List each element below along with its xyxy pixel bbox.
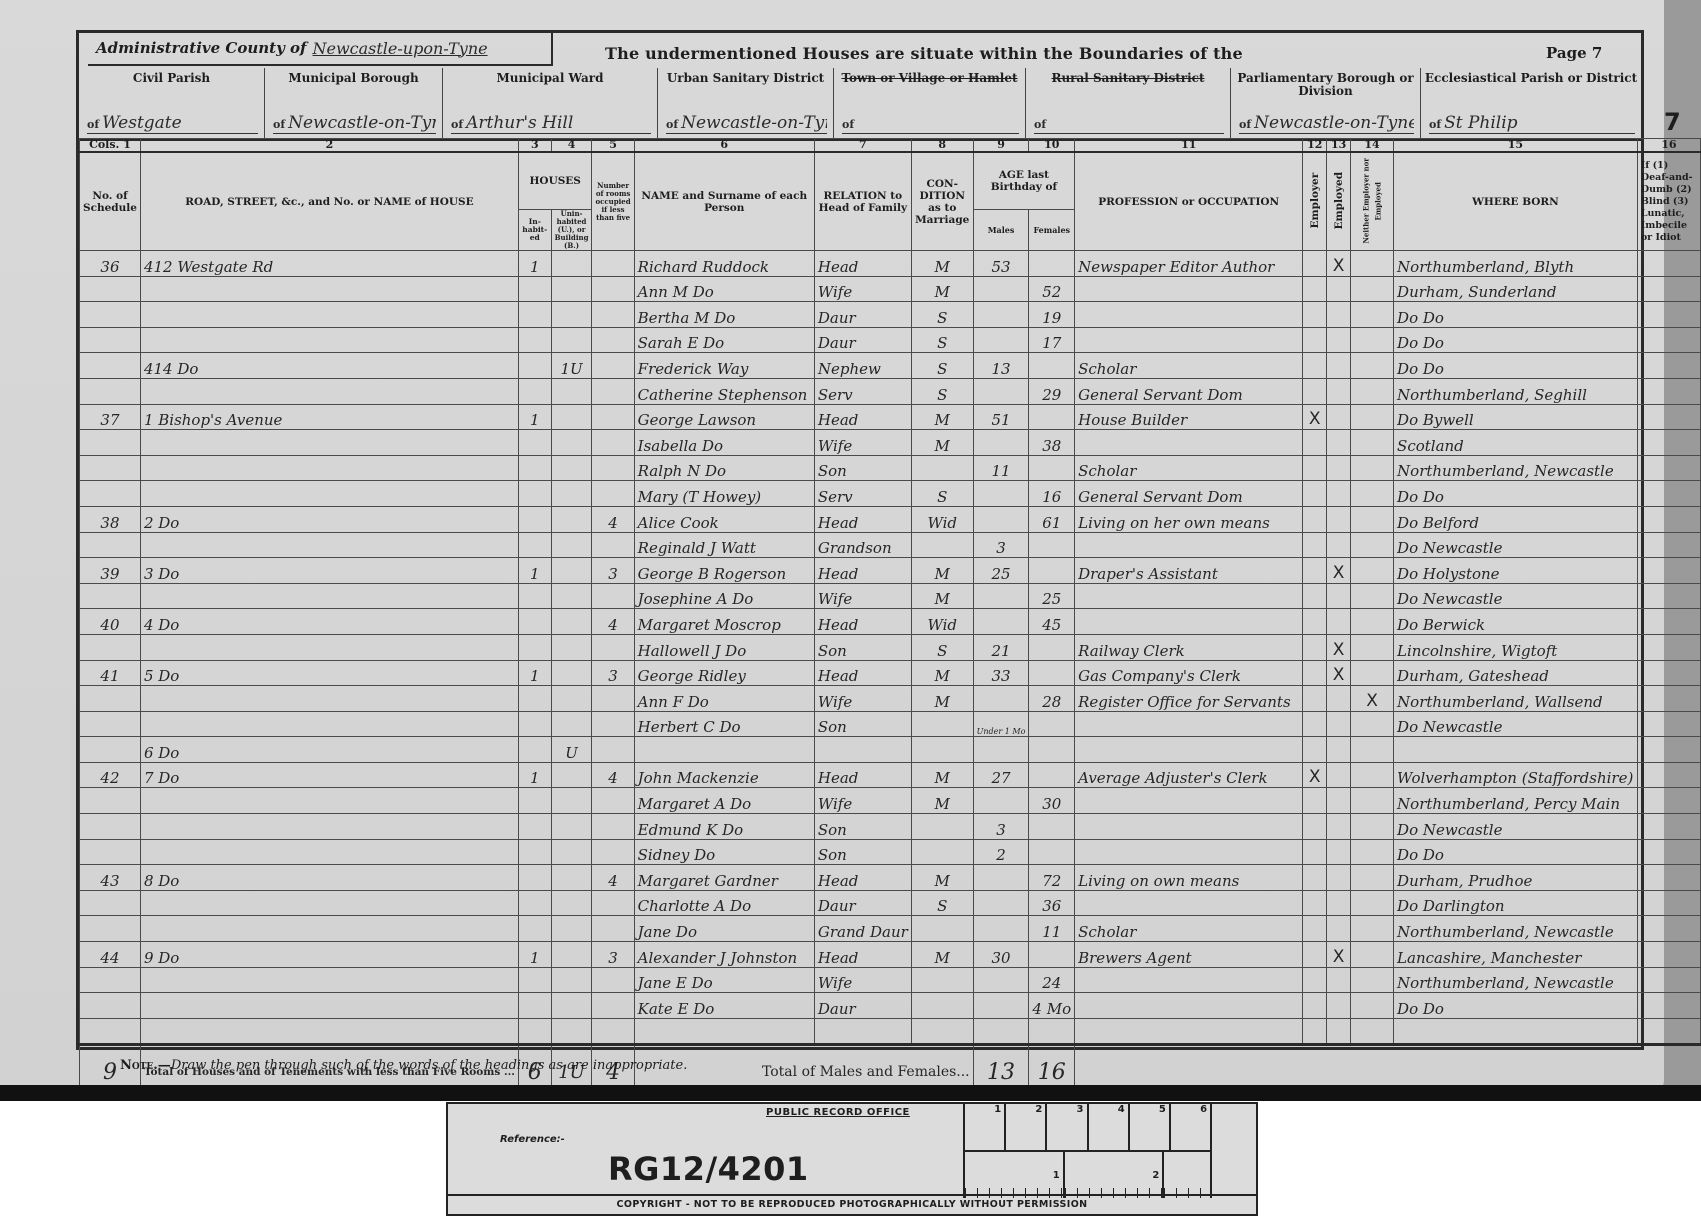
person-name: John Mackenzie <box>634 762 814 788</box>
uninhabited <box>551 634 592 660</box>
header-uninhabited: Unin-habited (U.), or Building (B.) <box>551 210 592 251</box>
employed-mark <box>1327 711 1351 737</box>
occupation <box>1075 276 1303 302</box>
schedule-number <box>80 686 141 712</box>
occupation <box>1075 737 1303 763</box>
district-value: Newcastle-on-Tyne <box>288 113 436 133</box>
col-number: 7 <box>814 139 911 153</box>
person-name: Ralph N Do <box>634 455 814 481</box>
relation: Son <box>814 839 911 865</box>
person-name: Frederick Way <box>634 353 814 379</box>
address <box>140 583 518 609</box>
rooms: 3 <box>592 942 634 968</box>
condition: S <box>911 481 973 507</box>
occupation <box>1075 967 1303 993</box>
copyright-notice: COPYRIGHT - NOT TO BE REPRODUCED PHOTOGR… <box>448 1194 1256 1214</box>
uninhabited <box>551 455 592 481</box>
age-male: 51 <box>973 404 1029 430</box>
person-name: Isabella Do <box>634 430 814 456</box>
col-number: 3 <box>518 139 551 153</box>
condition: M <box>911 251 973 277</box>
where-born: Do Do <box>1394 353 1638 379</box>
occupation <box>1075 327 1303 353</box>
age-male <box>973 327 1029 353</box>
district-label: Town or Village or Hamlet <box>834 72 1025 85</box>
age-female: 4 Mo <box>1029 993 1075 1019</box>
age-male: 27 <box>973 762 1029 788</box>
page-number: Page 7 <box>1546 44 1602 62</box>
address <box>140 634 518 660</box>
neither-mark <box>1351 737 1394 763</box>
relation: Head <box>814 251 911 277</box>
person-name: Kate E Do <box>634 993 814 1019</box>
uninhabited <box>551 1018 592 1045</box>
rooms: 3 <box>592 558 634 584</box>
age-male: 21 <box>973 634 1029 660</box>
schedule-number: 40 <box>80 609 141 635</box>
address: 412 Westgate Rd <box>140 251 518 277</box>
note-lead: Note.— <box>120 1058 171 1073</box>
address <box>140 967 518 993</box>
header-condition: CON-DITION as to Marriage <box>911 152 973 251</box>
employed-mark <box>1327 993 1351 1019</box>
infirmity <box>1637 634 1700 660</box>
employer-mark <box>1303 558 1327 584</box>
table-row: Bertha M DoDaurS19Do Do <box>80 302 1701 328</box>
neither-mark <box>1351 558 1394 584</box>
address <box>140 481 518 507</box>
table-row: 427 Do14John MackenzieHeadM27Average Adj… <box>80 762 1701 788</box>
address: 4 Do <box>140 609 518 635</box>
rooms: 4 <box>592 865 634 891</box>
neither-mark <box>1351 430 1394 456</box>
inhabited <box>518 1018 551 1045</box>
employer-mark <box>1303 839 1327 865</box>
record-office-title: PUBLIC RECORD OFFICE <box>766 1107 910 1118</box>
employer-mark <box>1303 327 1327 353</box>
where-born: Northumberland, Wallsend <box>1394 686 1638 712</box>
inhabited <box>518 609 551 635</box>
neither-mark <box>1351 1018 1394 1045</box>
infirmity <box>1637 430 1700 456</box>
margin-folio-number: 7 <box>1664 108 1681 136</box>
rooms <box>592 711 634 737</box>
employer-mark <box>1303 788 1327 814</box>
address: 3 Do <box>140 558 518 584</box>
employed-mark <box>1327 814 1351 840</box>
inhabited <box>518 711 551 737</box>
uninhabited <box>551 506 592 532</box>
age-female <box>1029 558 1075 584</box>
where-born <box>1394 737 1638 763</box>
neither-mark <box>1351 481 1394 507</box>
address: 8 Do <box>140 865 518 891</box>
address: 414 Do <box>140 353 518 379</box>
condition: Wid <box>911 506 973 532</box>
uninhabited <box>551 558 592 584</box>
neither-mark <box>1351 762 1394 788</box>
reference-label: PUBLIC RECORD OFFICE Reference:- RG12/42… <box>446 1102 1258 1216</box>
rooms <box>592 251 634 277</box>
rooms <box>592 634 634 660</box>
employed-mark <box>1327 378 1351 404</box>
where-born: Northumberland, Seghill <box>1394 378 1638 404</box>
employer-mark <box>1303 481 1327 507</box>
schedule-number: 44 <box>80 942 141 968</box>
condition: M <box>911 865 973 891</box>
district-label: Urban Sanitary District <box>658 72 833 85</box>
district-town-village: Town or Village or Hamlet of <box>834 68 1026 138</box>
condition <box>911 839 973 865</box>
employed-mark <box>1327 609 1351 635</box>
age-male: 3 <box>973 532 1029 558</box>
age-male <box>973 609 1029 635</box>
table-row: Ann F DoWifeM28Register Office for Serva… <box>80 686 1701 712</box>
person-name: Hallowell J Do <box>634 634 814 660</box>
col-number: 6 <box>634 139 814 153</box>
relation: Nephew <box>814 353 911 379</box>
neither-mark <box>1351 814 1394 840</box>
inhabited: 1 <box>518 404 551 430</box>
employed-mark: X <box>1327 942 1351 968</box>
relation: Daur <box>814 890 911 916</box>
age-female <box>1029 814 1075 840</box>
occupation: Draper's Assistant <box>1075 558 1303 584</box>
relation: Son <box>814 455 911 481</box>
schedule-number <box>80 634 141 660</box>
neither-mark <box>1351 583 1394 609</box>
col-number: 10 <box>1029 139 1075 153</box>
neither-mark <box>1351 327 1394 353</box>
col-number: 5 <box>592 139 634 153</box>
age-female: 72 <box>1029 865 1075 891</box>
uninhabited <box>551 762 592 788</box>
inhabited <box>518 916 551 942</box>
header-relation: RELATION to Head of Family <box>814 152 911 251</box>
neither-mark <box>1351 711 1394 737</box>
where-born: Northumberland, Newcastle <box>1394 967 1638 993</box>
scale-ruler: 1 2 3 4 5 6 1 2 <box>963 1104 1212 1198</box>
col-number: Cols. 1 <box>80 139 141 153</box>
employed-mark: X <box>1327 634 1351 660</box>
ruler-cm: 1 2 3 4 5 6 <box>965 1104 1212 1152</box>
age-male <box>973 737 1029 763</box>
neither-mark <box>1351 276 1394 302</box>
schedule-number <box>80 455 141 481</box>
table-row: Ann M DoWifeM52Durham, Sunderland <box>80 276 1701 302</box>
inhabited <box>518 430 551 456</box>
employed-mark <box>1327 327 1351 353</box>
employed-mark <box>1327 967 1351 993</box>
employed-mark <box>1327 583 1351 609</box>
uninhabited <box>551 865 592 891</box>
uninhabited <box>551 609 592 635</box>
table-row: 404 Do4Margaret MoscropHeadWid45Do Berwi… <box>80 609 1701 635</box>
inhabited <box>518 302 551 328</box>
rooms <box>592 814 634 840</box>
employer-mark <box>1303 455 1327 481</box>
schedule-number: 43 <box>80 865 141 891</box>
uninhabited <box>551 430 592 456</box>
address <box>140 839 518 865</box>
person-name: Jane Do <box>634 916 814 942</box>
person-name: George Lawson <box>634 404 814 430</box>
employed-mark <box>1327 762 1351 788</box>
where-born: Lancashire, Manchester <box>1394 942 1638 968</box>
uninhabited <box>551 916 592 942</box>
address: 6 Do <box>140 737 518 763</box>
occupation: Scholar <box>1075 916 1303 942</box>
table-row: Josephine A DoWifeM25Do Newcastle <box>80 583 1701 609</box>
table-row: Mary (T Howey)ServS16General Servant Dom… <box>80 481 1701 507</box>
district-municipal-ward: Municipal Ward ofArthur's Hill <box>443 68 658 138</box>
neither-mark <box>1351 353 1394 379</box>
col-number: 13 <box>1327 139 1351 153</box>
uninhabited <box>551 686 592 712</box>
condition: S <box>911 890 973 916</box>
inhabited <box>518 814 551 840</box>
age-male: 13 <box>973 353 1029 379</box>
person-name: Alice Cook <box>634 506 814 532</box>
rooms <box>592 455 634 481</box>
inhabited: 1 <box>518 942 551 968</box>
age-female: 52 <box>1029 276 1075 302</box>
relation: Serv <box>814 378 911 404</box>
rooms <box>592 967 634 993</box>
schedule-number <box>80 532 141 558</box>
table-row: Herbert C DoSonUnder 1 MoDo Newcastle <box>80 711 1701 737</box>
age-female: 30 <box>1029 788 1075 814</box>
occupation <box>1075 609 1303 635</box>
infirmity <box>1637 916 1700 942</box>
header-infirmity: If (1) Deaf-and-Dumb (2) Blind (3) Lunat… <box>1637 152 1700 251</box>
employed-mark <box>1327 506 1351 532</box>
header-inhabited: In-habit-ed <box>518 210 551 251</box>
infirmity <box>1637 251 1700 277</box>
where-born: Do Do <box>1394 993 1638 1019</box>
occupation <box>1075 814 1303 840</box>
where-born: Do Newcastle <box>1394 532 1638 558</box>
uninhabited <box>551 660 592 686</box>
district-civil-parish: Civil Parish ofWestgate <box>79 68 265 138</box>
address <box>140 814 518 840</box>
uninhabited <box>551 583 592 609</box>
infirmity <box>1637 302 1700 328</box>
occupation: General Servant Dom <box>1075 378 1303 404</box>
person-name: Sidney Do <box>634 839 814 865</box>
table-row: Charlotte A DoDaurS36Do Darlington <box>80 890 1701 916</box>
relation <box>814 737 911 763</box>
person-name: Reginald J Watt <box>634 532 814 558</box>
schedule-number <box>80 916 141 942</box>
administrative-county: Administrative County of Newcastle-upon-… <box>88 32 553 66</box>
note: Note.—Draw the pen through such of the w… <box>120 1058 687 1073</box>
inhabited <box>518 634 551 660</box>
header-neither: Neither Employer nor Employed <box>1351 152 1394 251</box>
age-female <box>1029 634 1075 660</box>
rooms <box>592 1018 634 1045</box>
condition: M <box>911 762 973 788</box>
inhabited <box>518 737 551 763</box>
uninhabited <box>551 276 592 302</box>
person-name: George B Rogerson <box>634 558 814 584</box>
age-male <box>973 890 1029 916</box>
employed-mark <box>1327 865 1351 891</box>
age-male <box>973 993 1029 1019</box>
uninhabited <box>551 993 592 1019</box>
schedule-number <box>80 327 141 353</box>
uninhabited <box>551 532 592 558</box>
where-born: Durham, Gateshead <box>1394 660 1638 686</box>
relation: Grand Daur <box>814 916 911 942</box>
employer-mark <box>1303 686 1327 712</box>
uninhabited <box>551 251 592 277</box>
infirmity <box>1637 327 1700 353</box>
relation: Serv <box>814 481 911 507</box>
employer-mark <box>1303 916 1327 942</box>
schedule-number <box>80 890 141 916</box>
where-born: Do Newcastle <box>1394 583 1638 609</box>
scan-edge-band <box>0 1085 1701 1101</box>
inhabited <box>518 993 551 1019</box>
occupation <box>1075 890 1303 916</box>
person-name: Margaret A Do <box>634 788 814 814</box>
neither-mark <box>1351 506 1394 532</box>
relation: Son <box>814 814 911 840</box>
condition: M <box>911 430 973 456</box>
occupation: Scholar <box>1075 353 1303 379</box>
address <box>140 302 518 328</box>
person-name: Bertha M Do <box>634 302 814 328</box>
relation: Wife <box>814 967 911 993</box>
condition: S <box>911 378 973 404</box>
table-row: Hallowell J DoSonS21Railway ClerkXLincol… <box>80 634 1701 660</box>
condition: M <box>911 788 973 814</box>
where-born: Northumberland, Blyth <box>1394 251 1638 277</box>
district-value: St Philip <box>1444 113 1517 133</box>
employer-mark <box>1303 583 1327 609</box>
occupation: Railway Clerk <box>1075 634 1303 660</box>
census-rows: 36412 Westgate Rd1Richard RuddockHeadM53… <box>80 251 1701 1045</box>
where-born: Do Do <box>1394 481 1638 507</box>
employed-mark <box>1327 276 1351 302</box>
employer-mark <box>1303 609 1327 635</box>
employed-mark <box>1327 302 1351 328</box>
header-males: Males <box>973 210 1029 251</box>
age-male <box>973 430 1029 456</box>
uninhabited <box>551 302 592 328</box>
occupation: Register Office for Servants <box>1075 686 1303 712</box>
schedule-number: 36 <box>80 251 141 277</box>
census-page: Administrative County of Newcastle-upon-… <box>0 0 1701 1098</box>
rooms <box>592 993 634 1019</box>
employed-mark <box>1327 1018 1351 1045</box>
where-born: Durham, Sunderland <box>1394 276 1638 302</box>
table-row: 382 Do4Alice CookHeadWid61Living on her … <box>80 506 1701 532</box>
condition: M <box>911 942 973 968</box>
infirmity <box>1637 762 1700 788</box>
rooms <box>592 788 634 814</box>
age-female <box>1029 942 1075 968</box>
address <box>140 788 518 814</box>
inhabited <box>518 890 551 916</box>
uninhabited <box>551 711 592 737</box>
age-female: 17 <box>1029 327 1075 353</box>
employer-mark <box>1303 532 1327 558</box>
header-occupation: PROFESSION or OCCUPATION <box>1075 152 1303 251</box>
employer-mark <box>1303 353 1327 379</box>
infirmity <box>1637 942 1700 968</box>
employed-mark <box>1327 481 1351 507</box>
age-male <box>973 686 1029 712</box>
employed-mark <box>1327 353 1351 379</box>
column-number-row: Cols. 1 2 3 4 5 6 7 8 9 10 11 12 13 14 1… <box>80 139 1701 153</box>
employed-mark <box>1327 430 1351 456</box>
column-header-row: No. of Schedule ROAD, STREET, &c., and N… <box>80 152 1701 210</box>
uninhabited <box>551 942 592 968</box>
occupation: Newspaper Editor Author <box>1075 251 1303 277</box>
neither-mark <box>1351 993 1394 1019</box>
infirmity <box>1637 839 1700 865</box>
table-row: Margaret A DoWifeM30Northumberland, Perc… <box>80 788 1701 814</box>
infirmity <box>1637 455 1700 481</box>
neither-mark <box>1351 609 1394 635</box>
person-name: Margaret Moscrop <box>634 609 814 635</box>
neither-mark <box>1351 532 1394 558</box>
age-female: 24 <box>1029 967 1075 993</box>
age-female: 19 <box>1029 302 1075 328</box>
person-name: Ann F Do <box>634 686 814 712</box>
age-male <box>973 967 1029 993</box>
infirmity <box>1637 481 1700 507</box>
condition: S <box>911 302 973 328</box>
condition: M <box>911 686 973 712</box>
neither-mark <box>1351 404 1394 430</box>
address: 1 Bishop's Avenue <box>140 404 518 430</box>
age-female: 16 <box>1029 481 1075 507</box>
address <box>140 430 518 456</box>
district-urban-sanitary: Urban Sanitary District ofNewcastle-on-T… <box>658 68 834 138</box>
employed-mark <box>1327 916 1351 942</box>
age-female: 45 <box>1029 609 1075 635</box>
age-female <box>1029 762 1075 788</box>
schedule-number <box>80 993 141 1019</box>
uninhabited: 1U <box>551 353 592 379</box>
occupation: House Builder <box>1075 404 1303 430</box>
district-label: Ecclesiastical Parish or District <box>1421 72 1641 85</box>
schedule-number <box>80 583 141 609</box>
infirmity <box>1637 583 1700 609</box>
district-label: Municipal Ward <box>443 72 657 85</box>
table-row: 438 Do4Margaret GardnerHeadM72Living on … <box>80 865 1701 891</box>
person-name: Mary (T Howey) <box>634 481 814 507</box>
age-female: 29 <box>1029 378 1075 404</box>
district-value: Westgate <box>102 113 182 133</box>
schedule-number <box>80 788 141 814</box>
schedule-number: 39 <box>80 558 141 584</box>
table-row: Jane E DoWife24Northumberland, Newcastle <box>80 967 1701 993</box>
col-number: 16 <box>1637 139 1700 153</box>
age-female: 28 <box>1029 686 1075 712</box>
col-number: 15 <box>1394 139 1638 153</box>
relation: Head <box>814 865 911 891</box>
schedule-number <box>80 430 141 456</box>
where-born <box>1394 1018 1638 1045</box>
schedule-number: 37 <box>80 404 141 430</box>
district-label: Civil Parish <box>79 72 264 85</box>
person-name: Alexander J Johnston <box>634 942 814 968</box>
condition <box>911 532 973 558</box>
